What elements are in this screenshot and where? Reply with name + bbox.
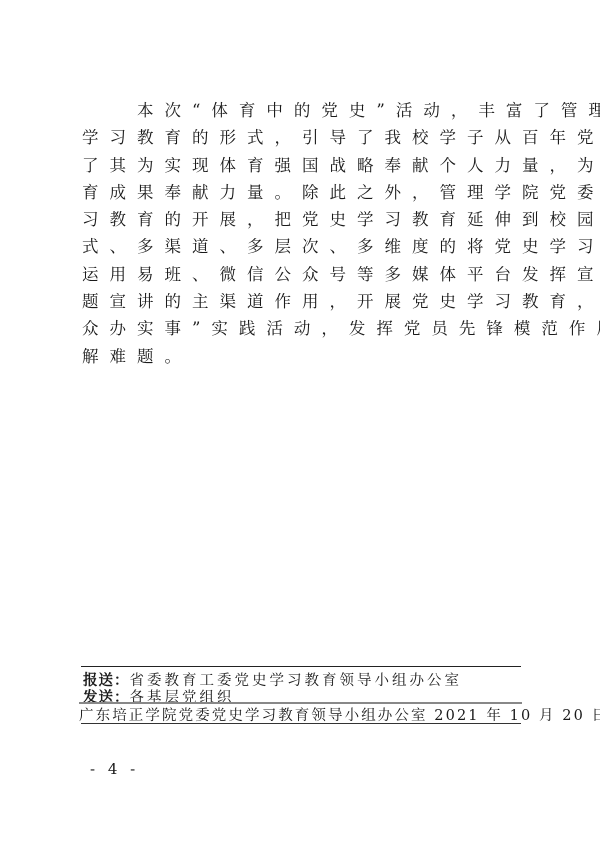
footer-top-rule	[81, 666, 521, 667]
paragraph-line: 育成果奉献力量。除此之外，管理学院党委始终高度重视党史学	[82, 179, 528, 206]
paragraph-line: 习教育的开展，把党史学习教育延伸到校园的每一个角落，多形	[82, 206, 528, 233]
page-number: - 4 -	[90, 760, 139, 778]
issuer-line: 广东培正学院党委党史学习教育领导小组办公室 2021 年 10 月 20 日印发	[79, 704, 600, 725]
paragraph-line: 题宣讲的主渠道作用，开展党史学习教育，并切实开展“我为群	[82, 288, 528, 315]
paragraph-line: 众办实事”实践活动，发挥党员先锋模范作用，为群众办实事、	[82, 315, 528, 342]
paragraph-line: 本次“体育中的党史”活动，丰富了管理学院党委开展党史	[82, 97, 528, 124]
document-page: 本次“体育中的党史”活动，丰富了管理学院党委开展党史 学习教育的形式，引导了我校…	[0, 0, 600, 848]
paragraph-line: 运用易班、微信公众号等多媒体平台发挥宣传阵地作用，发挥主	[82, 261, 528, 288]
paragraph-line: 了其为实现体育强国战略奉献个人力量，为深化我校党史学习教	[82, 152, 528, 179]
footer-bottom-rule	[81, 723, 521, 724]
body-paragraph: 本次“体育中的党史”活动，丰富了管理学院党委开展党史 学习教育的形式，引导了我校…	[82, 97, 528, 370]
paragraph-line: 式、多渠道、多层次、多维度的将党史学习教育落到实处，充分	[82, 233, 528, 260]
paragraph-line: 学习教育的形式，引导了我校学子从百年党史中汲取力量，激励	[82, 124, 528, 151]
paragraph-line: 解难题。	[82, 343, 528, 370]
